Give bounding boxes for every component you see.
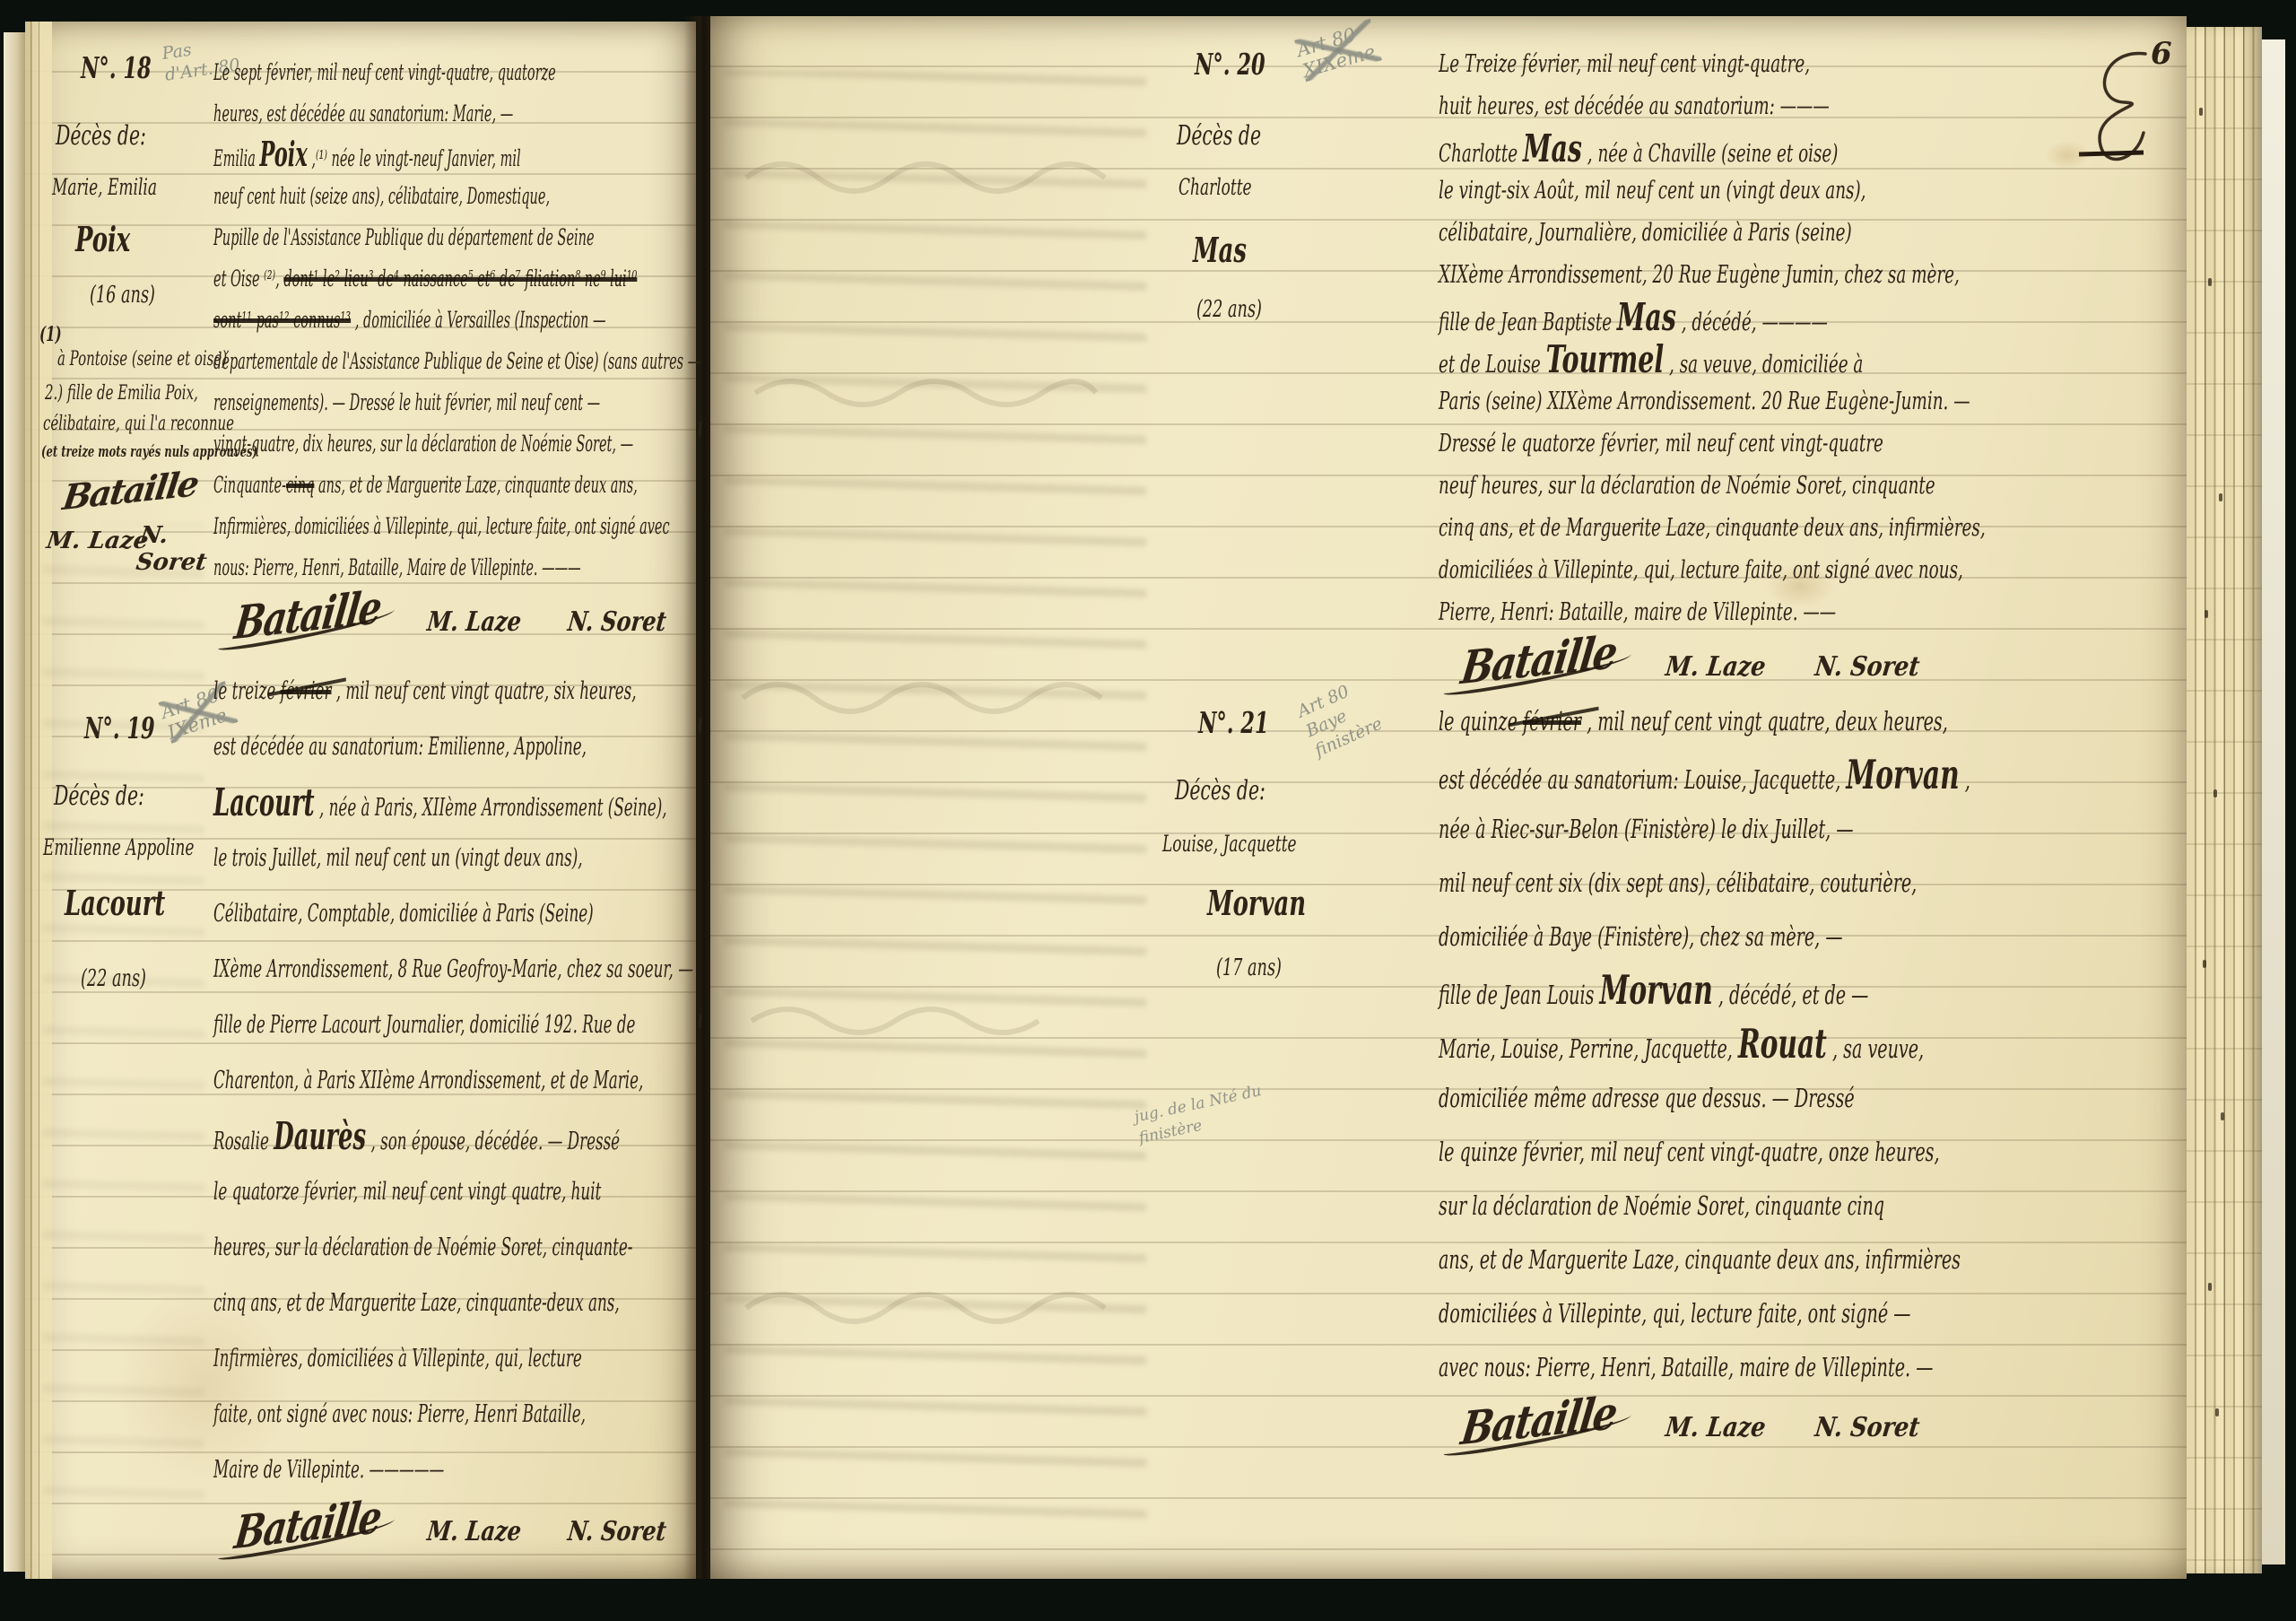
signatures-row: Bataille M. Laze N. Soret bbox=[213, 1498, 596, 1550]
register-photo: { "page_no": "6", "left": { "r18": { "ma… bbox=[0, 0, 2296, 1621]
register-line: Charenton, à Paris XIIème Arrondissement… bbox=[213, 1053, 510, 1109]
register-line: neuf cent huit (seize ans), célibataire,… bbox=[213, 176, 491, 217]
register-line: Lacourt , née à Paris, XIIème Arrondisse… bbox=[213, 775, 510, 831]
outer-page-edge bbox=[2262, 39, 2285, 1564]
margin-note: 2.) fille de Emilia Poix, bbox=[45, 382, 198, 405]
record-20-body: Le Treize février, mil neuf cent vingt-q… bbox=[1439, 43, 2176, 685]
signature-bataille: Bataille bbox=[232, 1490, 384, 1560]
signature-n-soret: N. Soret bbox=[1813, 651, 1921, 683]
register-line: et de Louise Tourmel , sa veuve, domicil… bbox=[1439, 338, 1940, 380]
register-line: le quatorze février, mil neuf cent vingt… bbox=[213, 1164, 510, 1220]
following-pages-edge-stack bbox=[2187, 27, 2262, 1573]
line-text: , sa veuve, domiciliée à bbox=[1664, 351, 1863, 379]
register-line: renseignements). — Dressé le huit févrie… bbox=[213, 382, 491, 423]
record-19-body: le treize février , mil neuf cent vingt … bbox=[213, 664, 692, 1550]
line-text: le treize bbox=[213, 677, 281, 705]
signature-m-laze: M. Laze bbox=[1664, 651, 1767, 683]
deceased-surname: Morvan bbox=[1207, 883, 1306, 923]
register-line: cinq ans, et de Marguerite Laze, cinquan… bbox=[1439, 507, 1940, 549]
line-text: et de Louise bbox=[1439, 351, 1546, 379]
register-line: IXème Arrondissement, 8 Rue Geofroy-Mari… bbox=[213, 942, 510, 998]
line-text: fille de Jean Louis bbox=[1439, 980, 1599, 1010]
deceased-age: (22 ans) bbox=[1196, 296, 1262, 323]
margin-note: à Pontoise (seine et oise) bbox=[57, 348, 227, 370]
record-18-body: Le sept février, mil neuf cent vingt-qua… bbox=[213, 52, 692, 641]
line-text: , décédé, ———— bbox=[1676, 309, 1828, 336]
register-line: neuf heures, sur la déclaration de Noémi… bbox=[1439, 465, 1940, 507]
register-line: ans, et de Marguerite Laze, cinquante de… bbox=[1439, 1233, 1926, 1286]
register-line: Pupille de l'Assistance Publique du dépa… bbox=[213, 217, 491, 258]
struck-out-word: cinq bbox=[286, 472, 314, 498]
register-line: faite, ont signé avec nous: Pierre, Henr… bbox=[213, 1387, 510, 1442]
line-text: et Oise ⁽²⁾, bbox=[213, 266, 283, 292]
pencil-annotation-crossed: Art 80 XIXème bbox=[1294, 19, 1382, 82]
line-text: , née à Chaville (seine et oise) bbox=[1582, 140, 1839, 168]
right-page: 6 N°. 20 Art 80 XIXème Décès de Charlott… bbox=[710, 16, 2187, 1579]
register-line: le treize février , mil neuf cent vingt … bbox=[213, 664, 510, 719]
deceased-given-names: Louise, Jacquette bbox=[1162, 831, 1297, 857]
register-line: domiciliée même adresse que dessus. — Dr… bbox=[1439, 1071, 1926, 1125]
register-line: est décédée au sanatorium: Louise, Jacqu… bbox=[1439, 748, 1926, 802]
register-line: domiciliées à Villepinte, qui, lecture f… bbox=[1439, 1286, 1926, 1340]
register-line: domiciliée à Baye (Finistère), chez sa m… bbox=[1439, 910, 1926, 963]
margin-signature-m-laze: M. Laze bbox=[45, 527, 151, 554]
signatures-row: Bataille M. Laze N. Soret bbox=[1439, 1394, 2066, 1446]
surname-tourmel: Tourmel bbox=[1546, 337, 1665, 381]
deceased-age: (22 ans) bbox=[81, 965, 146, 992]
signature-n-soret: N. Soret bbox=[1813, 1412, 1921, 1443]
deceased-surname: Lacourt bbox=[65, 883, 165, 923]
register-line: nous: Pierre, Henri, Bataille, Maire de … bbox=[213, 547, 491, 588]
pencil-annotation: jug. de la Nté du finistère bbox=[1133, 1079, 1274, 1149]
signatures-row: Bataille M. Laze N. Soret bbox=[1439, 633, 2066, 685]
register-line: fille de Jean Baptiste Mas , décédé, ———… bbox=[1439, 296, 1940, 338]
register-line: le vingt-six Août, mil neuf cent un (vin… bbox=[1439, 170, 1940, 212]
register-line: Paris (seine) XIXème Arrondissement. 20 … bbox=[1439, 380, 1940, 423]
register-line: sur la déclaration de Noémie Soret, cinq… bbox=[1439, 1179, 1926, 1233]
line-text: , sa veuve, bbox=[1827, 1033, 1924, 1064]
surname-rouat: Rouat bbox=[1738, 1020, 1827, 1068]
left-page-edge-stack bbox=[25, 22, 52, 1579]
register-line: heures, est décédée au sanatorium: Marie… bbox=[213, 93, 491, 135]
struck-out-word: février bbox=[1523, 694, 1581, 748]
margin-note: célibataire, qui l'a reconnue bbox=[43, 413, 234, 435]
register-line: domiciliées à Villepinte, qui, lecture f… bbox=[1439, 549, 1940, 591]
bleedthrough-ghost-writing bbox=[43, 524, 204, 1511]
register-line: Le sept février, mil neuf cent vingt-qua… bbox=[213, 52, 491, 93]
register-line: Emilia Poix ,⁽¹⁾ née le vingt-neuf Janvi… bbox=[213, 135, 491, 176]
register-line: Le Treize février, mil neuf cent vingt-q… bbox=[1439, 43, 1940, 85]
register-line: est décédée au sanatorium: Emilienne, Ap… bbox=[213, 719, 510, 775]
struck-out-words: dont¹ le² lieu³ de⁴ naissance⁵ et⁶ de⁷ f… bbox=[283, 266, 637, 292]
line-text: ,⁽¹⁾ née le vingt-neuf Janvier, mil bbox=[308, 145, 521, 171]
register-line: née à Riec-sur-Belon (Finistère) le dix … bbox=[1439, 802, 1926, 856]
register-line: sont¹¹ pas¹² connus¹³ , domiciliée à Ver… bbox=[213, 300, 491, 341]
deceased-age: (16 ans) bbox=[90, 282, 155, 309]
deceased-given-names: Marie, Emilia bbox=[52, 174, 157, 200]
line-text: ans, et de Marguerite Laze, cinquante de… bbox=[314, 472, 637, 498]
struck-out-word: février bbox=[281, 664, 332, 719]
line-text: , bbox=[1960, 764, 1970, 795]
signature-m-laze: M. Laze bbox=[425, 606, 523, 638]
register-line: Rosalie Daurès , son épouse, décédée. — … bbox=[213, 1109, 510, 1164]
register-line: Marie, Louise, Perrine, Jacquette, Rouat… bbox=[1439, 1017, 1926, 1071]
register-line: Dressé le quatorze février, mil neuf cen… bbox=[1439, 423, 1940, 465]
deceased-age: (17 ans) bbox=[1216, 954, 1282, 981]
surname-poix: Poix bbox=[260, 135, 308, 175]
line-text: Emilia bbox=[213, 145, 260, 171]
surname-lacourt: Lacourt bbox=[213, 780, 315, 824]
line-text: le quinze bbox=[1439, 706, 1523, 736]
signature-m-laze: M. Laze bbox=[1664, 1412, 1767, 1443]
register-line: Cinquante-cinq ans, et de Marguerite Laz… bbox=[213, 465, 491, 506]
register-line: Pierre, Henri: Bataille, maire de Villep… bbox=[1439, 591, 1940, 633]
register-line: le trois Juillet, mil neuf cent un (ving… bbox=[213, 831, 510, 886]
deceased-given-names: Charlotte bbox=[1178, 174, 1252, 200]
register-line: Maire de Villepinte. ————— bbox=[213, 1442, 510, 1498]
margin-title: Décès de: bbox=[1175, 775, 1265, 806]
register-line: le quinze février, mil neuf cent vingt-q… bbox=[1439, 1125, 1926, 1179]
record-number: N°. 19 bbox=[84, 710, 155, 745]
register-line: le quinze février , mil neuf cent vingt … bbox=[1439, 694, 1926, 748]
record-number: N°. 21 bbox=[1198, 705, 1269, 740]
surname-daures: Daurès bbox=[274, 1114, 366, 1158]
bleedthrough-ghost-strokes bbox=[737, 124, 1150, 1469]
register-line: cinq ans, et de Marguerite Laze, cinquan… bbox=[213, 1276, 510, 1331]
register-line: huit heures, est décédée au sanatorium: … bbox=[1439, 85, 1940, 127]
record-21-body: le quinze février , mil neuf cent vingt … bbox=[1439, 694, 2176, 1446]
deceased-surname: Mas bbox=[1193, 230, 1247, 270]
deceased-surname: Poix bbox=[75, 219, 130, 259]
margin-title: Décès de: bbox=[56, 120, 146, 152]
register-line: Charlotte Mas , née à Chaville (seine et… bbox=[1439, 127, 1940, 170]
register-line: heures, sur la déclaration de Noémie Sor… bbox=[213, 1220, 510, 1276]
register-line: mil neuf cent six (dix sept ans), céliba… bbox=[1439, 856, 1926, 910]
signatures-row: Bataille M. Laze N. Soret bbox=[213, 588, 596, 641]
register-line: Célibataire, Comptable, domiciliée à Par… bbox=[213, 886, 510, 942]
surname-morvan: Morvan bbox=[1846, 751, 1959, 798]
signature-n-soret: N. Soret bbox=[566, 606, 667, 638]
margin-title: Décès de bbox=[1177, 120, 1261, 152]
register-line: Infirmières, domiciliées à Villepinte, q… bbox=[213, 1331, 510, 1387]
register-line: vingt-quatre, dix heures, sur la déclara… bbox=[213, 423, 491, 465]
line-text: , mil neuf cent vingt quatre, six heures… bbox=[331, 677, 636, 705]
line-text: , née à Paris, XIIème Arrondissement (Se… bbox=[315, 794, 667, 822]
register-line: avec nous: Pierre, Henri, Bataille, mair… bbox=[1439, 1340, 1926, 1394]
line-text: , décédé, et de — bbox=[1713, 980, 1869, 1010]
struck-out-words: sont¹¹ pas¹² connus¹³ bbox=[213, 307, 351, 333]
page-edge-ink-fragments bbox=[2199, 108, 2203, 116]
line-text: , mil neuf cent vingt quatre, deux heure… bbox=[1581, 706, 1948, 736]
signature-n-soret: N. Soret bbox=[566, 1516, 667, 1547]
line-text: fille de Jean Baptiste bbox=[1439, 309, 1617, 336]
line-text: Marie, Louise, Perrine, Jacquette, bbox=[1439, 1033, 1738, 1064]
signature-bataille: Bataille bbox=[1458, 625, 1620, 695]
signature-bataille: Bataille bbox=[1458, 1386, 1620, 1456]
bleedthrough-ghost-writing bbox=[725, 70, 1146, 1523]
record-number: N°. 20 bbox=[1195, 47, 1265, 82]
surname-morvan: Morvan bbox=[1599, 966, 1712, 1014]
signature-m-laze: M. Laze bbox=[425, 1516, 523, 1547]
signature-bataille: Bataille bbox=[232, 580, 384, 650]
left-page-outer-edge bbox=[4, 32, 25, 1572]
margin-note-ref: (1) bbox=[39, 323, 62, 346]
register-line: et Oise ⁽²⁾, dont¹ le² lieu³ de⁴ naissan… bbox=[213, 258, 491, 300]
margin-signature-bataille: Bataille bbox=[60, 463, 200, 519]
pencil-annotation: Art 80 Baye finistère bbox=[1294, 674, 1386, 762]
register-line: départementale de l'Assistance Publique … bbox=[213, 341, 491, 382]
register-line: Infirmières, domiciliées à Villepinte, q… bbox=[213, 506, 491, 547]
register-line: fille de Jean Louis Morvan , décédé, et … bbox=[1439, 963, 1926, 1017]
register-line: célibataire, Journalière, domiciliée à P… bbox=[1439, 212, 1940, 254]
line-text: , domiciliée à Versailles (Inspection — bbox=[351, 307, 605, 333]
register-line: XIXème Arrondissement, 20 Rue Eugène Jum… bbox=[1439, 254, 1940, 296]
line-text: Charlotte bbox=[1439, 140, 1523, 168]
register-line: fille de Pierre Lacourt Journalier, domi… bbox=[213, 998, 510, 1053]
line-text: est décédée au sanatorium: Louise, Jacqu… bbox=[1439, 764, 1846, 795]
line-text: , son épouse, décédée. — Dressé bbox=[366, 1128, 620, 1155]
surname-mas: Mas bbox=[1617, 295, 1676, 339]
surname-mas: Mas bbox=[1523, 126, 1582, 170]
record-number: N°. 18 bbox=[81, 50, 152, 85]
deceased-given-names: Emilienne Appoline bbox=[43, 834, 194, 860]
margin-title: Décès de: bbox=[54, 780, 144, 812]
left-page: N°. 18 Pas d'Art. 80 Décès de: Marie, Em… bbox=[25, 22, 696, 1579]
line-text: Cinquante- bbox=[213, 472, 286, 498]
line-text: Rosalie bbox=[213, 1128, 274, 1155]
